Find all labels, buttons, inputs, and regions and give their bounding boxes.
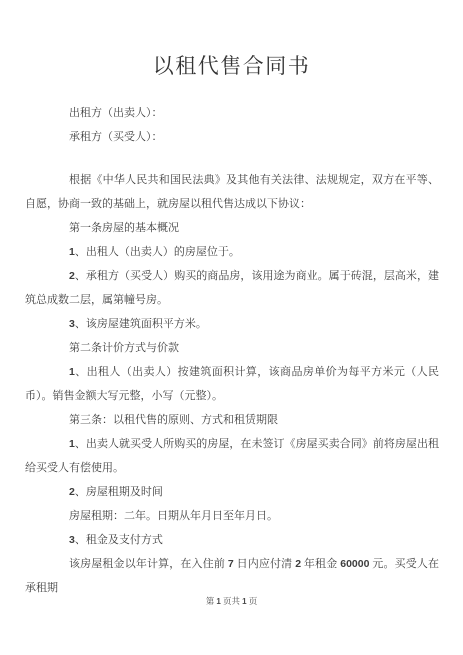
latin-number: 2 [69,270,75,282]
para-3-2-term-head: 2、房屋租期及时间 [25,480,439,504]
latin-number: 2 [69,486,75,498]
latin-number: 1 [69,366,75,378]
document-body: 出租方（出卖人）： 承租方（买受人）： 根据《中华人民共和国民法典》及其他有关法… [25,101,439,600]
para-1-3-area: 3、该房屋建筑面积平方米。 [25,312,439,336]
page-number-footer: 第 1 页共 1 页 [0,595,463,607]
latin-number: 1 [69,246,75,258]
latin-number: 7 [228,558,234,570]
para-2-1-price: 1、出租人（出卖人）按建筑面积计算，该商品房单价为每平方米元（人民币）。销售金额… [25,360,439,408]
para-preamble: 根据《中华人民共和国民法典》及其他有关法律、法规规定，双方在平等、自愿，协商一致… [25,168,439,216]
latin-number: 1 [69,438,75,450]
para-lessee-line: 承租方（买受人）： [25,125,439,149]
para-lessor-line: 出租方（出卖人）： [25,101,439,125]
latin-number: 1 [242,597,246,606]
heading-article-2: 第二条计价方式与价款 [25,336,439,360]
heading-article-1: 第一条房屋的基本概况 [25,216,439,240]
para-3-1-lease: 1、出卖人就买受人所购买的房屋，在未签订《房屋买卖合同》前将房屋出租给买受人有偿… [25,432,439,480]
para-3-2-term-detail: 房屋租期：二年。日期从年月日至年月日。 [25,504,439,528]
document-title: 以租代售合同书 [0,0,463,80]
para-1-1-location: 1、出租人（出卖人）的房屋位于。 [25,240,439,264]
latin-number: 1 [216,597,220,606]
latin-number: 3 [69,534,75,546]
para-3-3-rent-detail: 该房屋租金以年计算，在入住前 7 日内应付清 2 年租金 60000 元。买受人… [25,552,439,600]
para-3-3-rent-head: 3、租金及支付方式 [25,528,439,552]
blank-line [25,149,439,168]
heading-article-3: 第三条：以租代售的原则、方式和租赁期限 [25,408,439,432]
para-1-2-property: 2、承租方（买受人）购买的商品房，该用途为商业。属于砖混，层高米，建筑总成数二层… [25,264,439,312]
latin-number: 2 [295,558,301,570]
contract-page: 以租代售合同书 出租方（出卖人）： 承租方（买受人）： 根据《中华人民共和国民法… [0,0,463,655]
latin-number: 3 [69,318,75,330]
latin-number: 60000 [340,558,369,570]
